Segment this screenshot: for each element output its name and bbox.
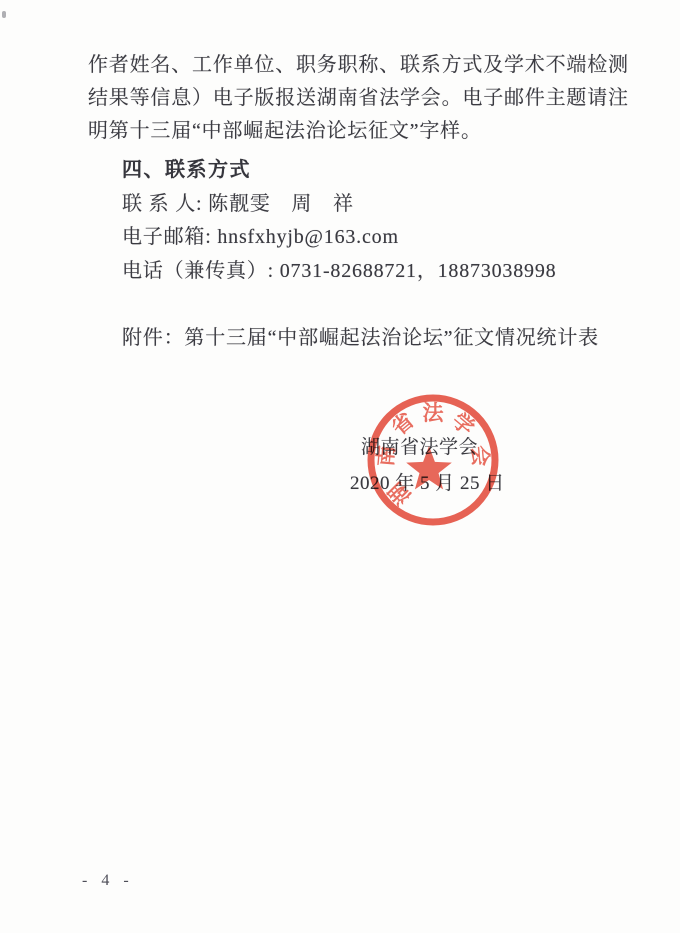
email-line: 电子邮箱: hnsfxhyjb@163.com <box>122 225 399 249</box>
attachment-line: 附件：第十三届“中部崛起法治论坛”征文情况统计表 <box>122 326 599 350</box>
official-seal: 湖南省法学会 <box>359 386 509 536</box>
seal-arc-char: 法 <box>423 401 445 425</box>
paragraph-line: 作者姓名、工作单位、职务职称、联系方式及学术不端检测 <box>88 53 629 77</box>
section-header: 四、联系方式 <box>122 158 251 182</box>
organization-name: 湖南省法学会 <box>361 432 478 459</box>
paragraph-line: 结果等信息）电子版报送湖南省法学会。电子邮件主题请注 <box>88 86 629 110</box>
paragraph-line: 明第十三届“中部崛起法治论坛征文”字样。 <box>88 119 482 143</box>
document-page: 作者姓名、工作单位、职务职称、联系方式及学术不端检测 结果等信息）电子版报送湖南… <box>0 0 680 933</box>
contact-person-line: 联 系 人: 陈靓雯 周 祥 <box>122 192 354 216</box>
phone-line: 电话（兼传真）: 0731-82688721，18873038998 <box>122 259 556 283</box>
page-number: - 4 - <box>82 872 134 890</box>
scan-artifact <box>2 11 6 18</box>
signature-date: 2020 年 5 月 25 日 <box>350 468 505 495</box>
official-seal-graphic: 湖南省法学会 <box>359 386 509 536</box>
